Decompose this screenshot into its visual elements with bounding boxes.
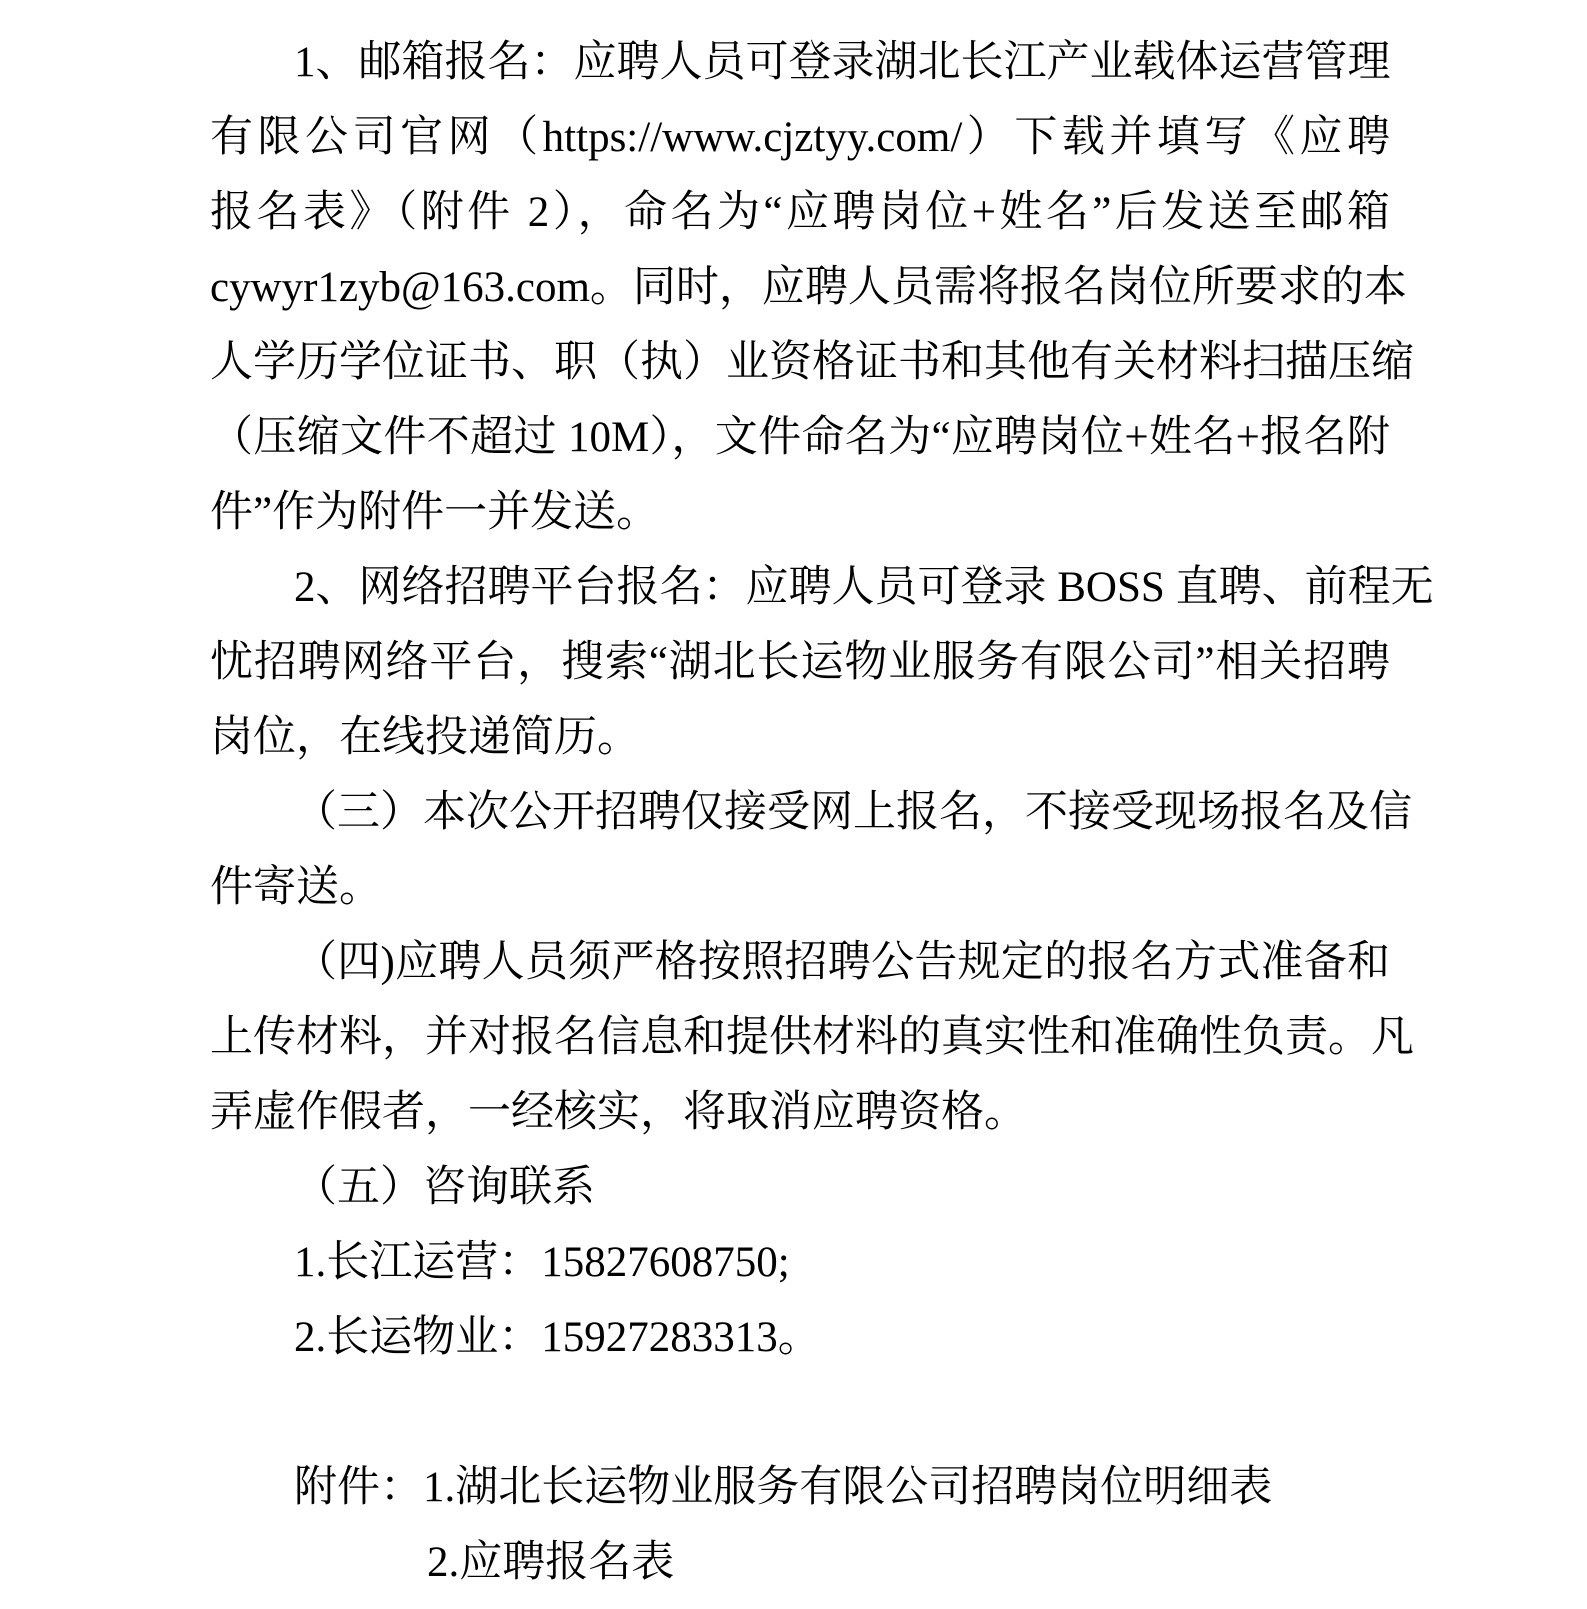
text-line: 有限公司官网（https://www.cjztyy.com/）下载并填写《应聘 xyxy=(210,100,1390,175)
text-line: 2、网络招聘平台报名：应聘人员可登录 BOSS 直聘、前程无 xyxy=(210,550,1390,625)
attachment-item-line: 2.应聘报名表 xyxy=(210,1525,1390,1600)
text-line: 报名表》（附件 2），命名为“应聘岗位+姓名”后发送至邮箱 xyxy=(210,175,1390,250)
contact-phone-line: 1.长江运营：15827608750; xyxy=(210,1225,1390,1300)
document-page: 1、邮箱报名：应聘人员可登录湖北长江产业载体运营管理 有限公司官网（https:… xyxy=(0,0,1587,1609)
text-line: （五）咨询联系 xyxy=(210,1150,1390,1225)
text-line: 上传材料，并对报名信息和提供材料的真实性和准确性负责。凡 xyxy=(210,1000,1390,1075)
blank-line xyxy=(210,1375,1390,1450)
document-text-block: 1、邮箱报名：应聘人员可登录湖北长江产业载体运营管理 有限公司官网（https:… xyxy=(210,25,1390,1600)
text-line: 件”作为附件一并发送。 xyxy=(210,475,1390,550)
text-line: （三）本次公开招聘仅接受网上报名，不接受现场报名及信 xyxy=(210,775,1390,850)
text-line: 1、邮箱报名：应聘人员可登录湖北长江产业载体运营管理 xyxy=(210,25,1390,100)
attachments-label-line: 附件：1.湖北长运物业服务有限公司招聘岗位明细表 xyxy=(210,1450,1390,1525)
text-line: 忧招聘网络平台，搜索“湖北长运物业服务有限公司”相关招聘 xyxy=(210,625,1390,700)
text-line: cywyr1zyb@163.com。同时，应聘人员需将报名岗位所要求的本 xyxy=(210,250,1390,325)
text-line: （四)应聘人员须严格按照招聘公告规定的报名方式准备和 xyxy=(210,925,1390,1000)
text-line: 人学历学位证书、职（执）业资格证书和其他有关材料扫描压缩 xyxy=(210,325,1390,400)
text-line: 件寄送。 xyxy=(210,850,1390,925)
text-line: （压缩文件不超过 10M），文件命名为“应聘岗位+姓名+报名附 xyxy=(210,400,1390,475)
contact-phone-line: 2.长运物业：15927283313。 xyxy=(210,1300,1390,1375)
text-line: 岗位，在线投递简历。 xyxy=(210,700,1390,775)
text-line: 弄虚作假者，一经核实，将取消应聘资格。 xyxy=(210,1075,1390,1150)
